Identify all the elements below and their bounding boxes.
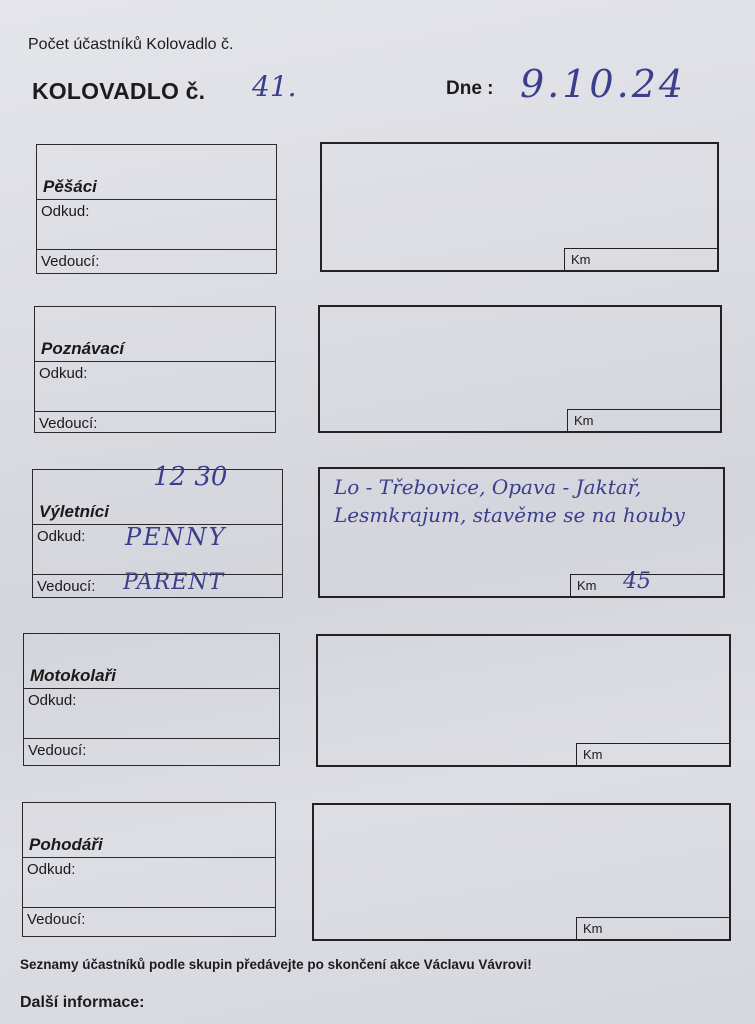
leader-field[interactable]: Vedoucí: [35,412,275,432]
route-text[interactable]: Lo - Třebovice, Opava - Jaktař, Lesmkraj… [334,473,717,529]
group-name: Motokolaři [30,666,116,686]
group-name-row: Poznávací [35,307,275,362]
km-field[interactable]: Km [576,917,731,941]
leader-label: Vedoucí: [41,253,99,270]
from-field[interactable]: Odkud: [23,858,275,908]
leader-field[interactable]: Vedoucí: [24,739,279,765]
route-box-poznavaci[interactable]: Km [318,305,722,433]
group-box-pohodari: Pohodáři Odkud: Vedoucí: [22,802,276,937]
form-title: KOLOVADLO č. [32,78,205,105]
participant-count[interactable]: 12 30 [153,462,227,492]
group-box-poznavaci: Poznávací Odkud: Vedoucí: [34,306,276,433]
group-box-motokolari: Motokolaři Odkud: Vedoucí: [23,633,280,766]
km-label: Km [574,413,594,428]
from-field[interactable]: Odkud: [24,689,279,739]
from-label: Odkud: [37,528,85,545]
group-name: Pěšáci [43,177,97,197]
group-name: Výletníci [39,502,109,522]
km-label: Km [577,578,597,593]
date-value[interactable]: 9.10.24 [520,62,686,106]
km-field[interactable]: Km [576,743,731,767]
group-box-pesaci: Pěšáci Odkud: Vedoucí: [36,144,277,274]
from-label: Odkud: [27,861,75,878]
km-label: Km [583,747,603,762]
additional-info-label: Další informace: [20,994,144,1012]
group-name-row: Výletníci 12 30 [33,470,282,525]
from-value[interactable]: PENNY [125,523,227,551]
group-name-row: Pohodáři [23,803,275,858]
leader-label: Vedoucí: [39,415,97,432]
group-name-row: Pěšáci [37,145,276,200]
km-field[interactable]: Km [564,248,719,272]
km-value[interactable]: 45 [623,569,651,594]
from-label: Odkud: [28,692,76,709]
group-box-vyletnici: Výletníci 12 30 Odkud: PENNY Vedoucí: PA… [32,469,283,598]
leader-field[interactable]: Vedoucí: PARENT [33,575,282,597]
km-label: Km [583,921,603,936]
from-field[interactable]: Odkud: PENNY [33,525,282,575]
date-label: Dne : [446,78,494,100]
km-field[interactable]: Km [567,409,722,433]
leader-label: Vedoucí: [27,911,85,928]
group-name-row: Motokolaři [24,634,279,689]
km-field[interactable]: Km 45 [570,574,725,598]
leader-label: Vedoucí: [28,742,86,759]
route-box-vyletnici[interactable]: Lo - Třebovice, Opava - Jaktař, Lesmkraj… [318,467,725,598]
leader-field[interactable]: Vedoucí: [23,908,275,936]
group-name: Pohodáři [29,835,103,855]
kolovadlo-number[interactable]: 41. [252,70,297,103]
footer-note: Seznamy účastníků podle skupin předávejt… [20,957,532,972]
leader-value[interactable]: PARENT [123,570,224,595]
leader-label: Vedoucí: [37,578,95,595]
form-subtitle: Počet účastníků Kolovadlo č. [28,36,233,54]
from-label: Odkud: [39,365,87,382]
route-box-pesaci[interactable]: Km [320,142,719,272]
from-field[interactable]: Odkud: [37,200,276,250]
route-box-motokolari[interactable]: Km [316,634,731,767]
leader-field[interactable]: Vedoucí: [37,250,276,273]
group-name: Poznávací [41,339,124,359]
from-label: Odkud: [41,203,89,220]
km-label: Km [571,252,591,267]
from-field[interactable]: Odkud: [35,362,275,412]
route-box-pohodari[interactable]: Km [312,803,731,941]
